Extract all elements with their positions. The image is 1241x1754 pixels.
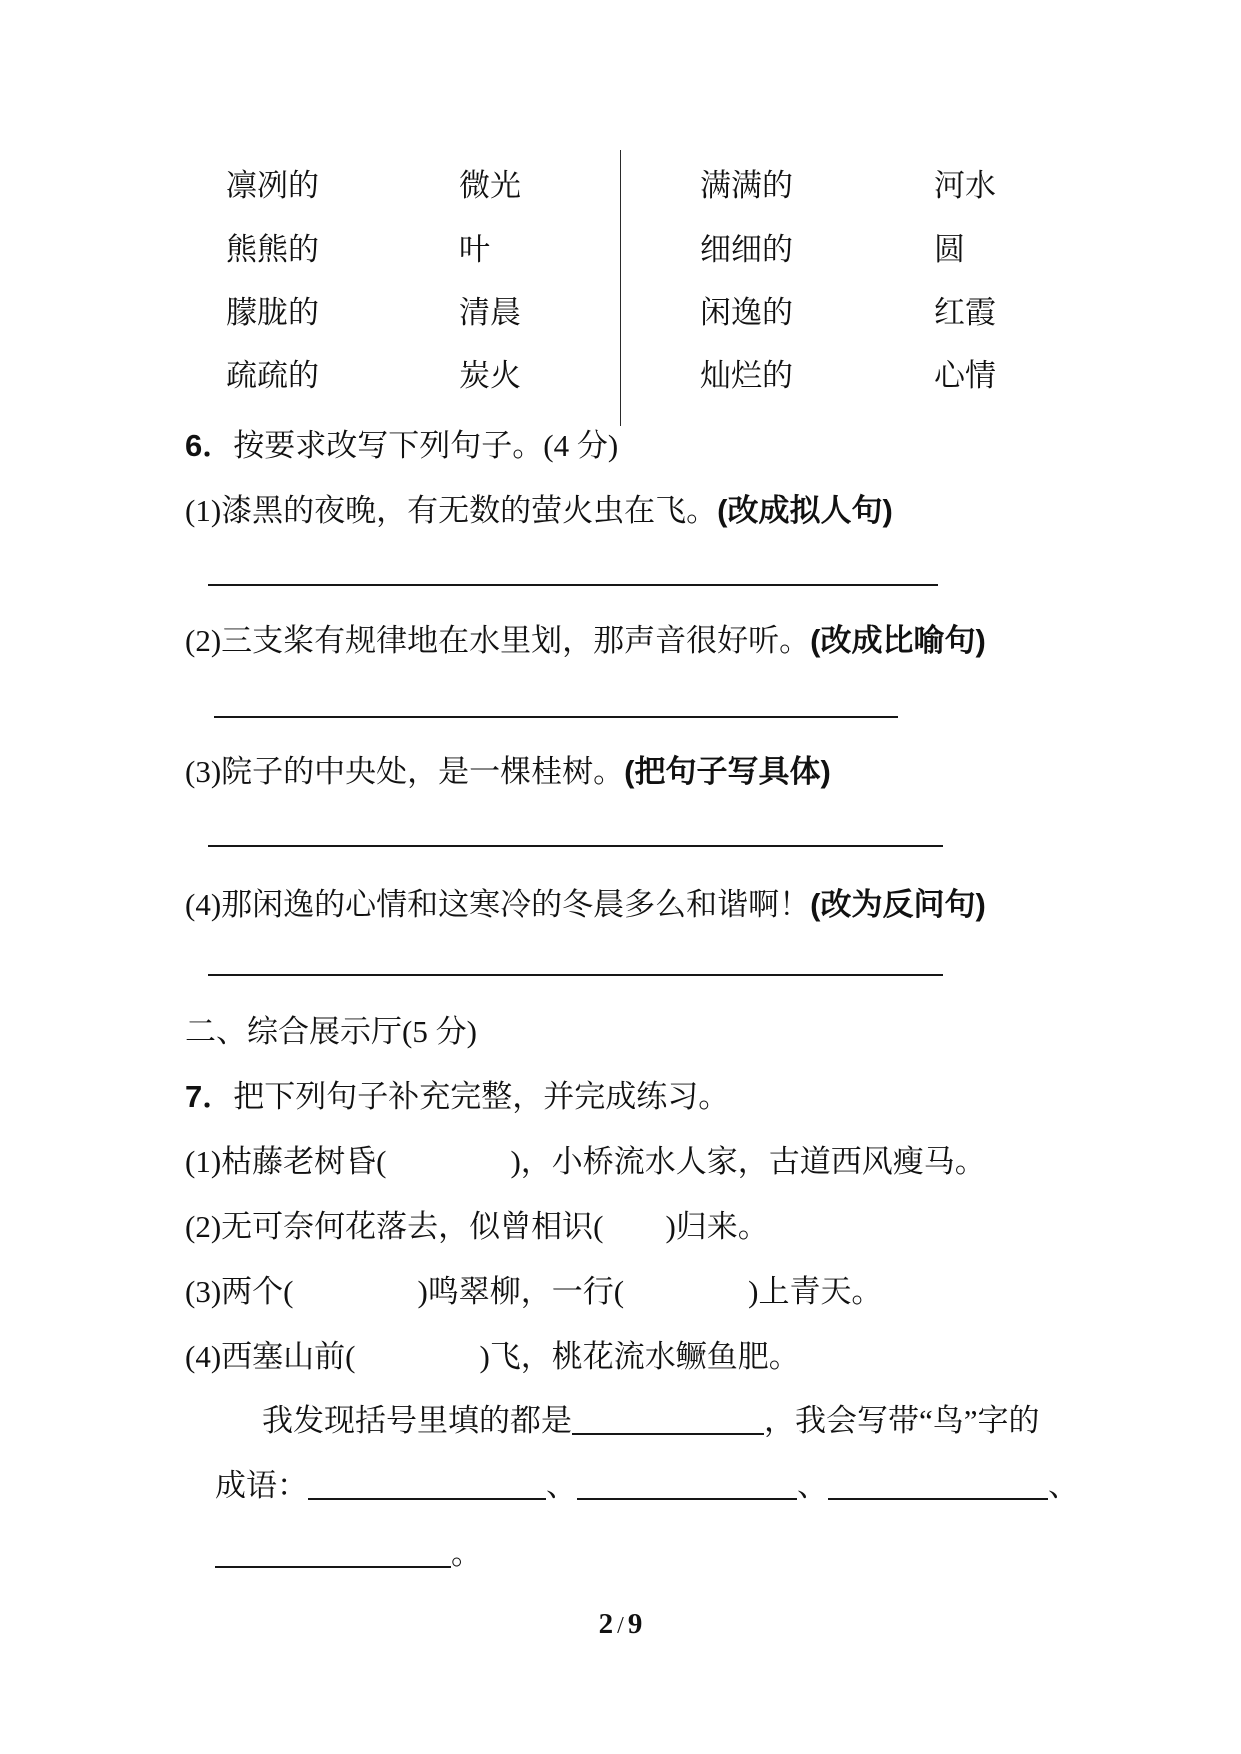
enumeration-comma: 、 <box>1048 1468 1079 1503</box>
sentence-text: (2)三支桨有规律地在水里划，那声音很好听。 <box>185 623 810 658</box>
footer-page-total: 9 <box>628 1608 643 1640</box>
match-left-noun: 炭火 <box>459 358 521 394</box>
match-left-noun: 清晨 <box>459 295 521 331</box>
match-right-noun: 河水 <box>934 168 996 204</box>
discovery-sentence: 我发现括号里填的都是，我会写带“鸟”字的 <box>262 1401 1040 1441</box>
rewrite-instruction: (把句子写具体) <box>624 754 831 789</box>
question-7-item-2: (2)无可奈何花落去，似曾相识( )归来。 <box>185 1207 769 1247</box>
rewrite-instruction: (改为反问句) <box>810 887 986 922</box>
question-6-item-3: (3)院子的中央处，是一棵桂树。(把句子写具体) <box>185 752 831 792</box>
idiom-line-continued: 。 <box>215 1534 482 1574</box>
fill-blank <box>572 1402 764 1435</box>
footer-page-number: 2 <box>599 1608 614 1640</box>
answer-blank-line <box>208 584 938 586</box>
question-title: 按要求改写下列句子。(4 分) <box>233 428 618 463</box>
match-right-adjective: 闲逸的 <box>700 295 793 331</box>
match-right-noun: 红霞 <box>934 295 996 331</box>
question-6-heading: 6．按要求改写下列句子。(4 分) <box>185 426 618 466</box>
match-left-adjective: 朦胧的 <box>226 295 319 331</box>
idiom-line: 成语：、、、 <box>215 1466 1079 1506</box>
question-7-item-3: (3)两个( )鸣翠柳，一行( )上青天。 <box>185 1272 882 1312</box>
question-6-item-2: (2)三支桨有规律地在水里划，那声音很好听。(改成比喻句) <box>185 621 986 661</box>
match-right-adjective: 灿烂的 <box>700 358 793 394</box>
rewrite-instruction: (改成比喻句) <box>810 623 986 658</box>
question-number: 6． <box>185 428 233 463</box>
sentence-text: (3)院子的中央处，是一棵桂树。 <box>185 754 624 789</box>
match-right-adjective: 满满的 <box>700 168 793 204</box>
question-7-item-4: (4)西塞山前( )飞，桃花流水鳜鱼肥。 <box>185 1337 800 1377</box>
footer-page-separator: / <box>613 1613 628 1639</box>
full-stop: 。 <box>451 1536 482 1571</box>
fill-blank <box>828 1467 1048 1500</box>
discovery-suffix: ，我会写带“鸟”字的 <box>764 1403 1040 1438</box>
page-footer: 2/9 <box>0 1608 1241 1641</box>
column-divider <box>620 150 621 426</box>
match-left-adjective: 疏疏的 <box>226 358 319 394</box>
answer-blank-line <box>208 845 943 847</box>
worksheet-page: 凛冽的 微光 满满的 河水 熊熊的 叶 细细的 圆 朦胧的 清晨 闲逸的 红霞 … <box>0 0 1241 1754</box>
answer-blank-line <box>214 716 898 718</box>
match-right-noun: 心情 <box>934 358 996 394</box>
question-7-item-1: (1)枯藤老树昏( )，小桥流水人家，古道西风瘦马。 <box>185 1142 986 1182</box>
match-left-adjective: 熊熊的 <box>226 232 319 268</box>
discovery-prefix: 我发现括号里填的都是 <box>262 1403 572 1438</box>
answer-blank-line <box>208 974 943 976</box>
match-right-adjective: 细细的 <box>700 232 793 268</box>
question-title: 把下列句子补充完整，并完成练习。 <box>233 1079 729 1114</box>
question-number: 7． <box>185 1079 233 1114</box>
question-6-item-1: (1)漆黑的夜晚，有无数的萤火虫在飞。(改成拟人句) <box>185 491 893 531</box>
fill-blank <box>215 1535 451 1568</box>
fill-blank <box>577 1467 797 1500</box>
match-left-noun: 微光 <box>459 168 521 204</box>
sentence-text: (1)漆黑的夜晚，有无数的萤火虫在飞。 <box>185 493 717 528</box>
section-2-heading: 二、综合展示厅(5 分) <box>185 1012 477 1052</box>
fill-blank <box>308 1467 546 1500</box>
idiom-label: 成语： <box>215 1468 308 1503</box>
match-right-noun: 圆 <box>934 232 965 268</box>
question-6-item-4: (4)那闲逸的心情和这寒冷的冬晨多么和谐啊！(改为反问句) <box>185 885 986 925</box>
enumeration-comma: 、 <box>546 1468 577 1503</box>
rewrite-instruction: (改成拟人句) <box>717 493 893 528</box>
match-left-noun: 叶 <box>459 232 490 268</box>
match-left-adjective: 凛冽的 <box>226 168 319 204</box>
enumeration-comma: 、 <box>797 1468 828 1503</box>
sentence-text: (4)那闲逸的心情和这寒冷的冬晨多么和谐啊！ <box>185 887 810 922</box>
question-7-heading: 7．把下列句子补充完整，并完成练习。 <box>185 1077 729 1117</box>
